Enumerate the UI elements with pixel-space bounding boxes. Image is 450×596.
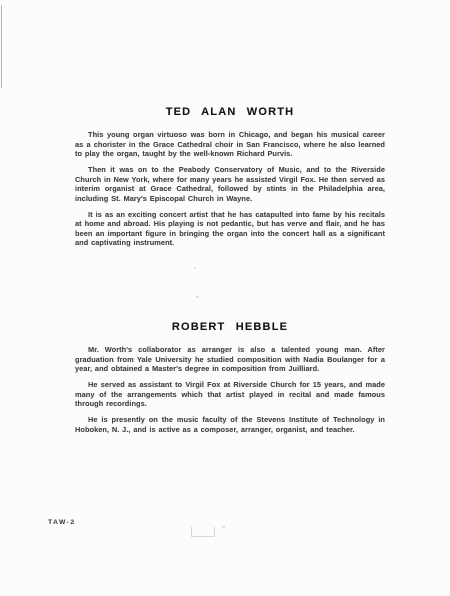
- bio-paragraph: It is as an exciting concert artist that…: [75, 210, 385, 248]
- section-robert-hebble: ROBERT HEBBLE Mr. Worth's collaborator a…: [75, 321, 385, 441]
- bio-paragraph: Mr. Worth's collaborator as arranger is …: [75, 345, 385, 374]
- section-ted-alan-worth: TED ALAN WORTH This young organ virtuoso…: [75, 106, 385, 254]
- bio-paragraph: He is presently on the music faculty of …: [75, 415, 385, 434]
- catalog-code: TAW-2: [48, 519, 76, 526]
- scan-mark-artifact: [191, 527, 215, 537]
- bio-paragraph: This young organ virtuoso was born in Ch…: [75, 130, 385, 159]
- scan-speck: [194, 267, 196, 269]
- section-heading: ROBERT HEBBLE: [75, 321, 385, 333]
- scan-edge-artifact: [1, 5, 2, 88]
- bio-paragraph: Then it was on to the Peabody Conservato…: [75, 165, 385, 203]
- bio-paragraph: He served as assistant to Virgil Fox at …: [75, 380, 385, 409]
- section-heading: TED ALAN WORTH: [75, 106, 385, 118]
- scanned-liner-notes-page: TED ALAN WORTH This young organ virtuoso…: [0, 0, 450, 596]
- scan-speck: [196, 296, 199, 298]
- scan-speck: [222, 526, 225, 528]
